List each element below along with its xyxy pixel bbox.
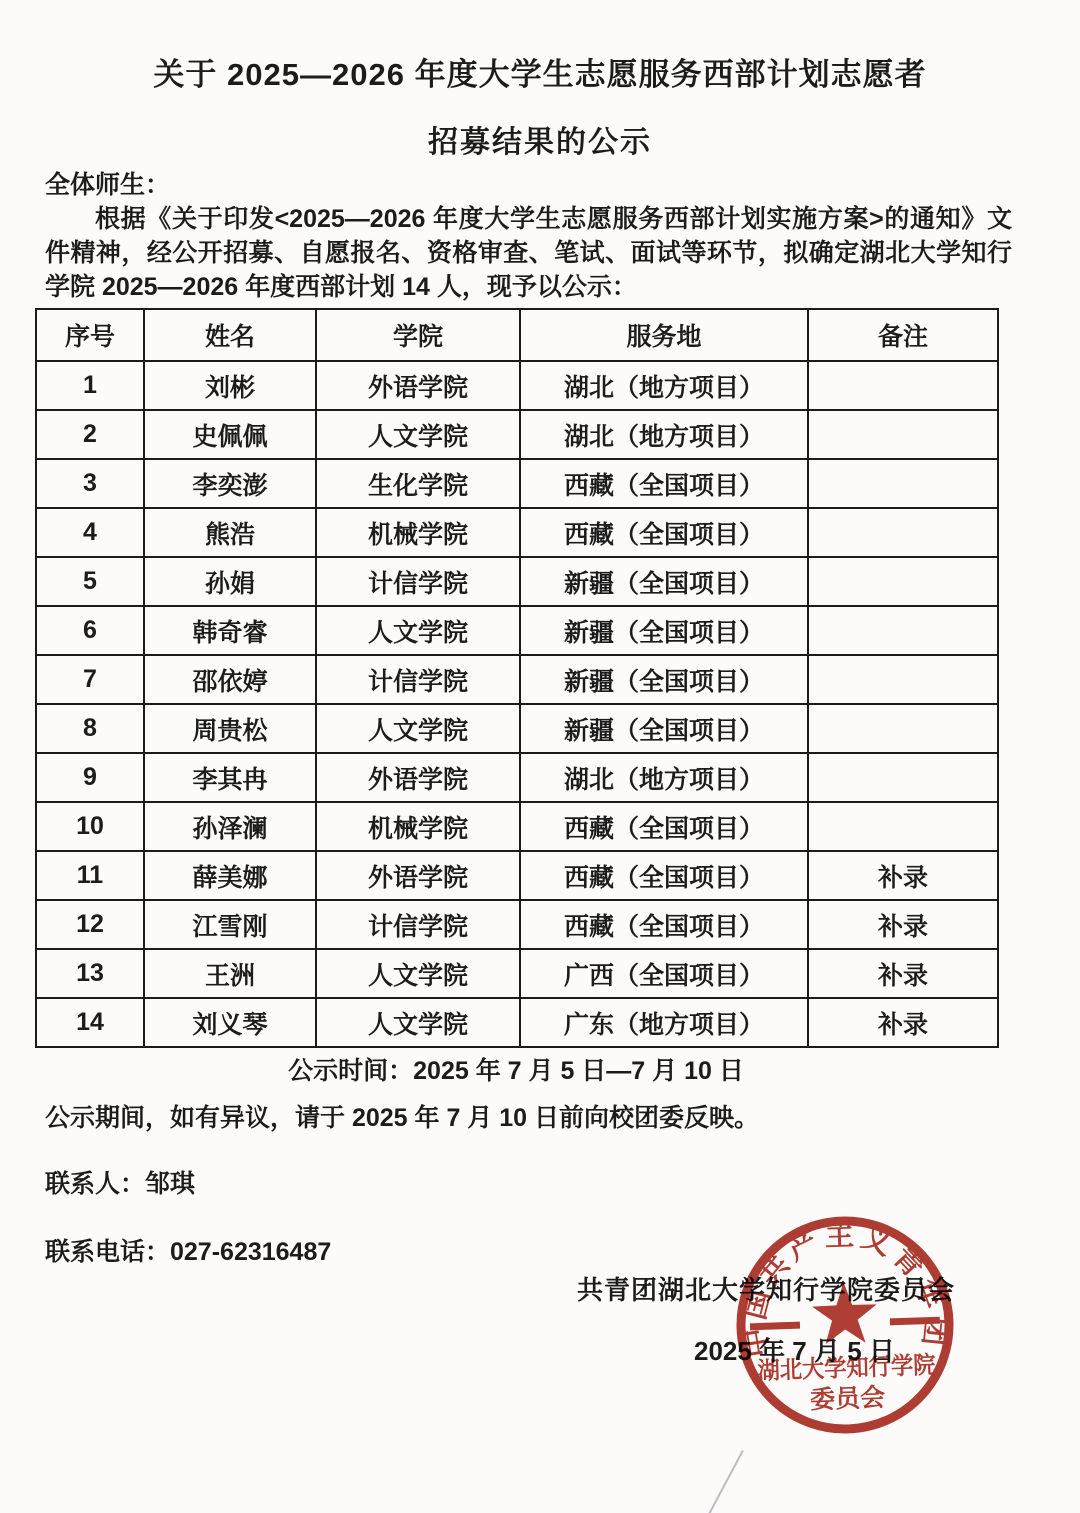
- cell-note: [808, 459, 998, 508]
- cell-name: 刘彬: [144, 361, 316, 410]
- cell-no: 10: [36, 802, 144, 851]
- cell-location: 西藏（全国项目）: [520, 508, 808, 557]
- cell-name: 孙娟: [144, 557, 316, 606]
- cell-no: 12: [36, 900, 144, 949]
- table-row: 2 史佩佩 人文学院 湖北（地方项目）: [36, 410, 998, 459]
- objection-notice: 公示期间，如有异议，请于 2025 年 7 月 10 日前向校团委反映。: [45, 1102, 1010, 1134]
- cell-location: 西藏（全国项目）: [520, 802, 808, 851]
- cell-note: [808, 361, 998, 410]
- cell-college: 外语学院: [316, 851, 520, 900]
- cell-no: 8: [36, 704, 144, 753]
- cell-no: 14: [36, 998, 144, 1047]
- table-row: 1 刘彬 外语学院 湖北（地方项目）: [36, 361, 998, 410]
- cell-no: 13: [36, 949, 144, 998]
- cell-college: 机械学院: [316, 508, 520, 557]
- cell-college: 外语学院: [316, 361, 520, 410]
- cell-note: 补录: [808, 851, 998, 900]
- official-seal-stamp: 中国共产主义青年团 湖北大学知行学院 委员会: [726, 1206, 964, 1444]
- cell-name: 孙泽澜: [144, 802, 316, 851]
- cell-location: 湖北（地方项目）: [520, 410, 808, 459]
- cell-no: 3: [36, 459, 144, 508]
- cell-name: 周贵松: [144, 704, 316, 753]
- cell-note: [808, 606, 998, 655]
- cell-name: 王洲: [144, 949, 316, 998]
- cell-name: 李其冉: [144, 753, 316, 802]
- cell-college: 人文学院: [316, 410, 520, 459]
- cell-location: 新疆（全国项目）: [520, 557, 808, 606]
- cell-no: 4: [36, 508, 144, 557]
- cell-location: 湖北（地方项目）: [520, 361, 808, 410]
- table-row: 10 孙泽澜 机械学院 西藏（全国项目）: [36, 802, 998, 851]
- cell-location: 新疆（全国项目）: [520, 655, 808, 704]
- cell-college: 人文学院: [316, 998, 520, 1047]
- document-title-line1: 关于 2025—2026 年度大学生志愿服务西部计划志愿者: [0, 54, 1080, 96]
- cell-college: 人文学院: [316, 704, 520, 753]
- header-note: 备注: [808, 309, 998, 361]
- cell-location: 广东（地方项目）: [520, 998, 808, 1047]
- cell-college: 人文学院: [316, 949, 520, 998]
- cell-location: 西藏（全国项目）: [520, 459, 808, 508]
- cell-location: 西藏（全国项目）: [520, 900, 808, 949]
- cell-note: 补录: [808, 998, 998, 1047]
- contact-person: 联系人：邹琪: [45, 1164, 1010, 1200]
- cell-no: 6: [36, 606, 144, 655]
- cell-location: 新疆（全国项目）: [520, 606, 808, 655]
- header-college: 学院: [316, 309, 520, 361]
- table-row: 7 邵依婷 计信学院 新疆（全国项目）: [36, 655, 998, 704]
- cell-no: 11: [36, 851, 144, 900]
- cell-college: 机械学院: [316, 802, 520, 851]
- cell-location: 西藏（全国项目）: [520, 851, 808, 900]
- header-name: 姓名: [144, 309, 316, 361]
- cell-name: 李奕澎: [144, 459, 316, 508]
- table-row: 13 王洲 人文学院 广西（全国项目） 补录: [36, 949, 998, 998]
- cell-note: [808, 410, 998, 459]
- cell-location: 新疆（全国项目）: [520, 704, 808, 753]
- cell-name: 江雪刚: [144, 900, 316, 949]
- cell-college: 计信学院: [316, 557, 520, 606]
- scan-artifact-line: [705, 1450, 743, 1513]
- cell-no: 1: [36, 361, 144, 410]
- table-row: 4 熊浩 机械学院 西藏（全国项目）: [36, 508, 998, 557]
- cell-note: [808, 557, 998, 606]
- cell-name: 熊浩: [144, 508, 316, 557]
- table-row: 6 韩奇睿 人文学院 新疆（全国项目）: [36, 606, 998, 655]
- cell-note: [808, 753, 998, 802]
- cell-name: 史佩佩: [144, 410, 316, 459]
- cell-note: [808, 655, 998, 704]
- cell-college: 计信学院: [316, 655, 520, 704]
- table-row: 14 刘义琴 人文学院 广东（地方项目） 补录: [36, 998, 998, 1047]
- table-row: 5 孙娟 计信学院 新疆（全国项目）: [36, 557, 998, 606]
- cell-name: 韩奇睿: [144, 606, 316, 655]
- body-paragraph: 根据《关于印发<2025—2026 年度大学生志愿服务西部计划实施方案>的通知》…: [45, 202, 1012, 304]
- cell-college: 生化学院: [316, 459, 520, 508]
- header-no: 序号: [36, 309, 144, 361]
- cell-name: 邵依婷: [144, 655, 316, 704]
- cell-no: 5: [36, 557, 144, 606]
- table-body: 1 刘彬 外语学院 湖北（地方项目） 2 史佩佩 人文学院 湖北（地方项目） 3…: [36, 361, 998, 1047]
- table-row: 8 周贵松 人文学院 新疆（全国项目）: [36, 704, 998, 753]
- stamp-inner-line2: 委员会: [810, 1383, 886, 1415]
- cell-no: 9: [36, 753, 144, 802]
- cell-college: 计信学院: [316, 900, 520, 949]
- salutation: 全体师生：: [45, 170, 1010, 200]
- table-row: 9 李其冉 外语学院 湖北（地方项目）: [36, 753, 998, 802]
- announcement-document: 关于 2025—2026 年度大学生志愿服务西部计划志愿者 招募结果的公示 全体…: [0, 0, 1080, 1513]
- table-header-row: 序号 姓名 学院 服务地 备注: [36, 309, 998, 361]
- cell-college: 人文学院: [316, 606, 520, 655]
- cell-location: 广西（全国项目）: [520, 949, 808, 998]
- cell-note: 补录: [808, 949, 998, 998]
- table-row: 11 薛美娜 外语学院 西藏（全国项目） 补录: [36, 851, 998, 900]
- roster-table: 序号 姓名 学院 服务地 备注 1 刘彬 外语学院 湖北（地方项目） 2 史佩佩…: [35, 308, 999, 1048]
- stamp-inner-line1: 湖北大学知行学院: [757, 1352, 936, 1385]
- cell-name: 薛美娜: [144, 851, 316, 900]
- cell-note: 补录: [808, 900, 998, 949]
- cell-name: 刘义琴: [144, 998, 316, 1047]
- cell-no: 2: [36, 410, 144, 459]
- table-row: 12 江雪刚 计信学院 西藏（全国项目） 补录: [36, 900, 998, 949]
- cell-college: 外语学院: [316, 753, 520, 802]
- cell-location: 湖北（地方项目）: [520, 753, 808, 802]
- cell-note: [808, 508, 998, 557]
- document-title-line2: 招募结果的公示: [0, 122, 1080, 164]
- cell-note: [808, 704, 998, 753]
- table-row: 3 李奕澎 生化学院 西藏（全国项目）: [36, 459, 998, 508]
- header-location: 服务地: [520, 309, 808, 361]
- cell-note: [808, 802, 998, 851]
- cell-no: 7: [36, 655, 144, 704]
- publicity-time: 公示时间：2025 年 7 月 5 日—7 月 10 日: [35, 1056, 997, 1086]
- stamp-star-icon: [811, 1281, 878, 1345]
